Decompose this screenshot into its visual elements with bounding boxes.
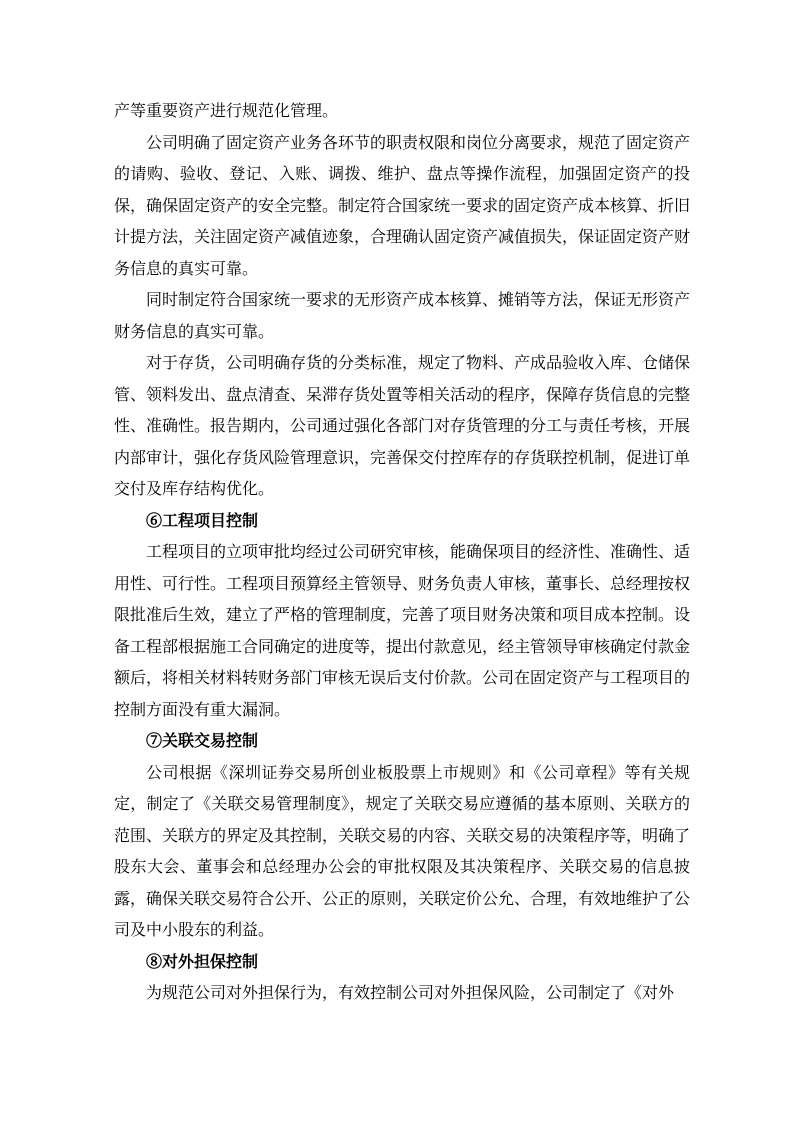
paragraph: 产等重要资产进行规范化管理。 [114, 96, 690, 128]
paragraph: 工程项目的立项审批均经过公司研究审核，能确保项目的经济性、准确性、适用性、可行性… [114, 537, 690, 726]
paragraph: 对于存货，公司明确存货的分类标准，规定了物料、产成品验收入库、仓储保管、领料发出… [114, 348, 690, 506]
section-heading: ⑥工程项目控制 [114, 506, 690, 538]
section-heading: ⑦关联交易控制 [114, 726, 690, 758]
paragraph: 公司明确了固定资产业务各环节的职责权限和岗位分离要求，规范了固定资产的请购、验收… [114, 128, 690, 286]
document-content: 产等重要资产进行规范化管理。公司明确了固定资产业务各环节的职责权限和岗位分离要求… [114, 96, 690, 1010]
paragraph: 为规范公司对外担保行为，有效控制公司对外担保风险，公司制定了《对外 [114, 978, 690, 1010]
paragraph: 公司根据《深圳证券交易所创业板股票上市规则》和《公司章程》等有关规定，制定了《关… [114, 758, 690, 947]
paragraph: 同时制定符合国家统一要求的无形资产成本核算、摊销等方法，保证无形资产财务信息的真… [114, 285, 690, 348]
section-heading: ⑧对外担保控制 [114, 947, 690, 979]
document-page: 产等重要资产进行规范化管理。公司明确了固定资产业务各环节的职责权限和岗位分离要求… [0, 0, 794, 1122]
